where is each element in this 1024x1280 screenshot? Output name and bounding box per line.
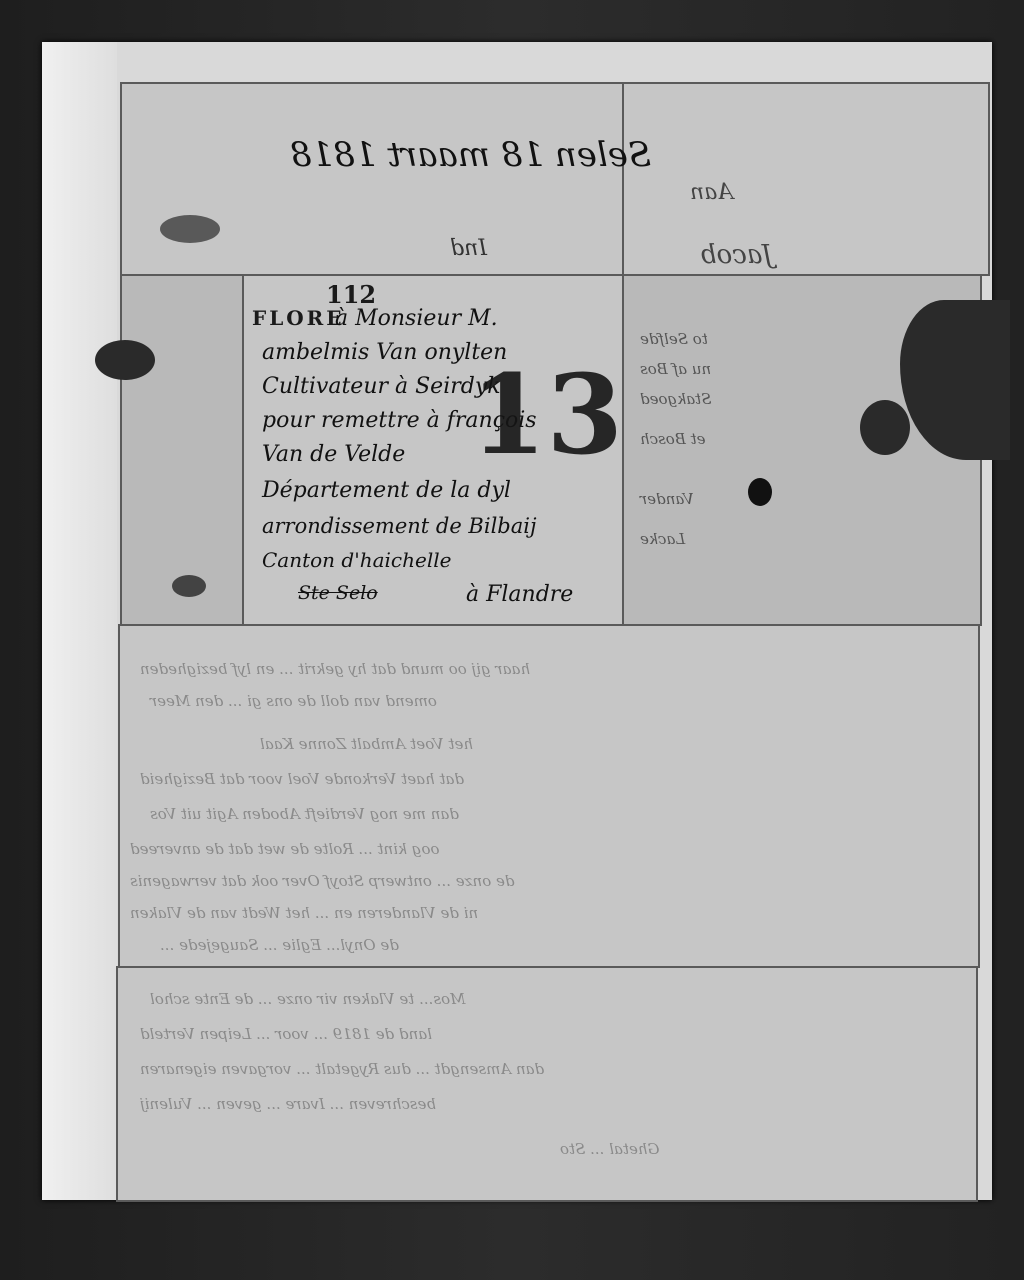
mirrored-body-line: haar gij oo mund dat hy gekrit ... en ly… [140,660,530,678]
postmark-stamp: FLORE [252,306,345,330]
mirrored-text: Lacke [640,530,685,548]
mirrored-body-line: oog kint ... Rolte de wet dat de anveree… [130,840,439,858]
mirrored-text: Stakgoed [640,390,711,408]
mirrored-body-line: Ghetal ... Sto [560,1140,659,1158]
address-line-3: Cultivateur à Seirdyk [262,374,501,399]
address-line-10: à Flandre [466,582,573,607]
mirrored-body-line: de onze ... ontwerp Stoyf Over ook dat v… [130,872,514,890]
ink-blot [860,400,910,455]
mirrored-body-line: dan me nog Verdieft Aboden Agit uit Vos [150,805,459,823]
mirrored-body-line: de Onyl... Eglie ... Saugejede ... [160,936,399,954]
address-line-7: arrondissement de Bilbaij [262,514,537,538]
mirrored-note: Ind [450,236,487,261]
mirrored-text: Vander [640,490,694,508]
mirrored-body-line: dat haet Verkonde Voel voor dat Bezighei… [140,770,464,788]
mirrored-text: to Selfde [640,330,708,348]
mirrored-body-line: Mos... te Vlaken vir onze ... de Ente sc… [150,990,465,1008]
address-line-5: Van de Velde [262,442,405,467]
mirrored-text: Aan [690,180,733,205]
postmark-number: 112 [326,280,376,309]
address-line-1: à Monsieur M. [335,306,498,331]
mirrored-body-line: dan Amsengdt ... dus Rygetalt ... vorgav… [140,1060,544,1078]
top-right-panel [622,82,990,276]
mirrored-text: et Bosch [640,430,706,448]
mirrored-body-line: beschreven ... Ivare ... geven ... Vulen… [140,1095,436,1113]
mirrored-text: Jacob [700,240,773,270]
postage-mark: 13 [470,350,623,479]
ink-blot [172,575,206,597]
mirrored-body-line: het Voet Ambalt Zonne Kaal [260,735,473,753]
address-line-9: Ste Selo [298,582,378,604]
ink-blot [748,478,772,506]
paper-tear [95,340,155,380]
mirrored-body-line: land de 1819 ... voor ... Leipen Verteld [140,1025,432,1043]
address-line-8: Canton d'haichelle [262,548,451,572]
address-line-6: Département de la dyl [262,478,511,503]
mirrored-date-line: Selen 18 maart 1818 [290,135,651,175]
left-flap-panel [120,274,244,626]
top-left-panel [120,82,624,276]
mirrored-body-line: ni de Vlanderen en ... het Wedt van de V… [130,904,478,922]
ink-blot [160,215,220,243]
mirrored-body-line: omend van doll de ons gi ... den Meer [150,692,437,710]
paper-margin [42,42,117,1200]
mirrored-text: nu af Bos [640,360,711,378]
